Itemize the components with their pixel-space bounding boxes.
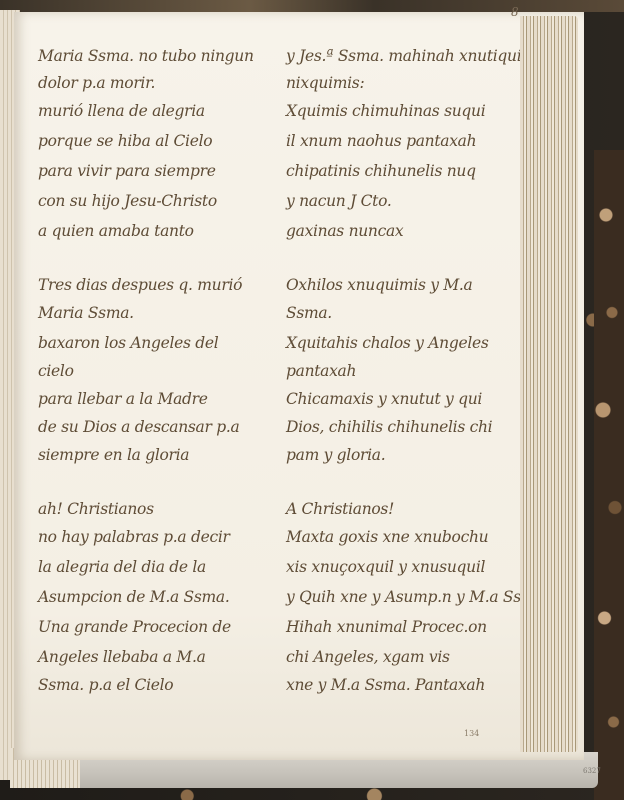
manuscript-line: Xquitahis chalos y Angeles <box>286 334 489 352</box>
shelf-mark: 6327 <box>583 767 601 775</box>
manuscript-line: pam y gloria. <box>286 446 385 464</box>
manuscript-line: la alegria del dia de la <box>38 558 206 576</box>
manuscript-line: nixquimis: <box>286 74 364 92</box>
manuscript-line: y nacun J Cto. <box>286 192 392 210</box>
manuscript-line: Xquimis chimuhinas suqui <box>286 102 485 120</box>
manuscript-line: Oxhilos xnuquimis y M.a <box>286 276 473 294</box>
cover-top-edge <box>0 0 624 12</box>
manuscript-line: murió llena de alegria <box>38 102 205 120</box>
manuscript-line: il xnum naohus pantaxah <box>286 132 476 150</box>
manuscript-line: xis xnuçoxquil y xnusuquil <box>286 558 485 576</box>
manuscript-line: con su hijo Jesu-Christo <box>38 192 217 210</box>
manuscript-line: chi Angeles, xgam vis <box>286 648 450 666</box>
manuscript-line: cielo <box>38 362 74 380</box>
manuscript-line: de su Dios a descansar p.a <box>38 418 239 436</box>
page-stamp: 134 <box>464 729 479 738</box>
page-edges-block <box>520 16 578 752</box>
manuscript-line: Tres dias despues q. murió <box>38 276 242 294</box>
manuscript-line: Ssma. p.a el Cielo <box>38 676 173 694</box>
manuscript-line: dolor p.a morir. <box>38 74 155 92</box>
manuscript-line: chipatinis chihunelis nuq <box>286 162 476 180</box>
manuscript-line: baxaron los Angeles del <box>38 334 218 352</box>
manuscript-line: Asumpcion de M.a Ssma. <box>38 588 229 606</box>
manuscript-line: para vivir para siempre <box>38 162 216 180</box>
manuscript-line: Maria Ssma. no tubo ningun <box>38 47 254 65</box>
manuscript-line: gaxinas nuncax <box>286 222 403 240</box>
marbled-cover-right <box>594 150 624 800</box>
manuscript-line: A Christianos! <box>286 500 394 518</box>
manuscript-line: siempre en la gloria <box>38 446 189 464</box>
manuscript-line: ah! Christianos <box>38 500 154 518</box>
manuscript-line: Una grande Procecion de <box>38 618 231 636</box>
manuscript-line: Ssma. <box>286 304 332 322</box>
manuscript-line: a quien amaba tanto <box>38 222 194 240</box>
manuscript-line: pantaxah <box>286 362 356 380</box>
manuscript-line: Maxta goxis xne xnubochu <box>286 528 488 546</box>
manuscript-line: y Jes.ª Ssma. mahinah xnutiquil <box>286 47 526 65</box>
manuscript-line: no hay palabras p.a decir <box>38 528 230 546</box>
manuscript-line: Maria Ssma. <box>38 304 134 322</box>
manuscript-line: para llebar a la Madre <box>38 390 208 408</box>
manuscript-line: Angeles llebaba a M.a <box>38 648 206 666</box>
manuscript-line: xne y M.a Ssma. Pantaxah <box>286 676 485 694</box>
manuscript-page: Maria Ssma. no tubo ningundolor p.a mori… <box>14 12 584 760</box>
manuscript-line: Hihah xnunimal Procec.on <box>286 618 487 636</box>
manuscript-line: Dios, chihilis chihunelis chi <box>286 418 492 436</box>
manuscript-line: Chicamaxis y xnutut y qui <box>286 390 482 408</box>
manuscript-line: y Quih xne y Asump.n y M.a Ssma. <box>286 588 549 606</box>
folio-number: 8 <box>511 5 519 19</box>
manuscript-line: porque se hiba al Cielo <box>38 132 212 150</box>
